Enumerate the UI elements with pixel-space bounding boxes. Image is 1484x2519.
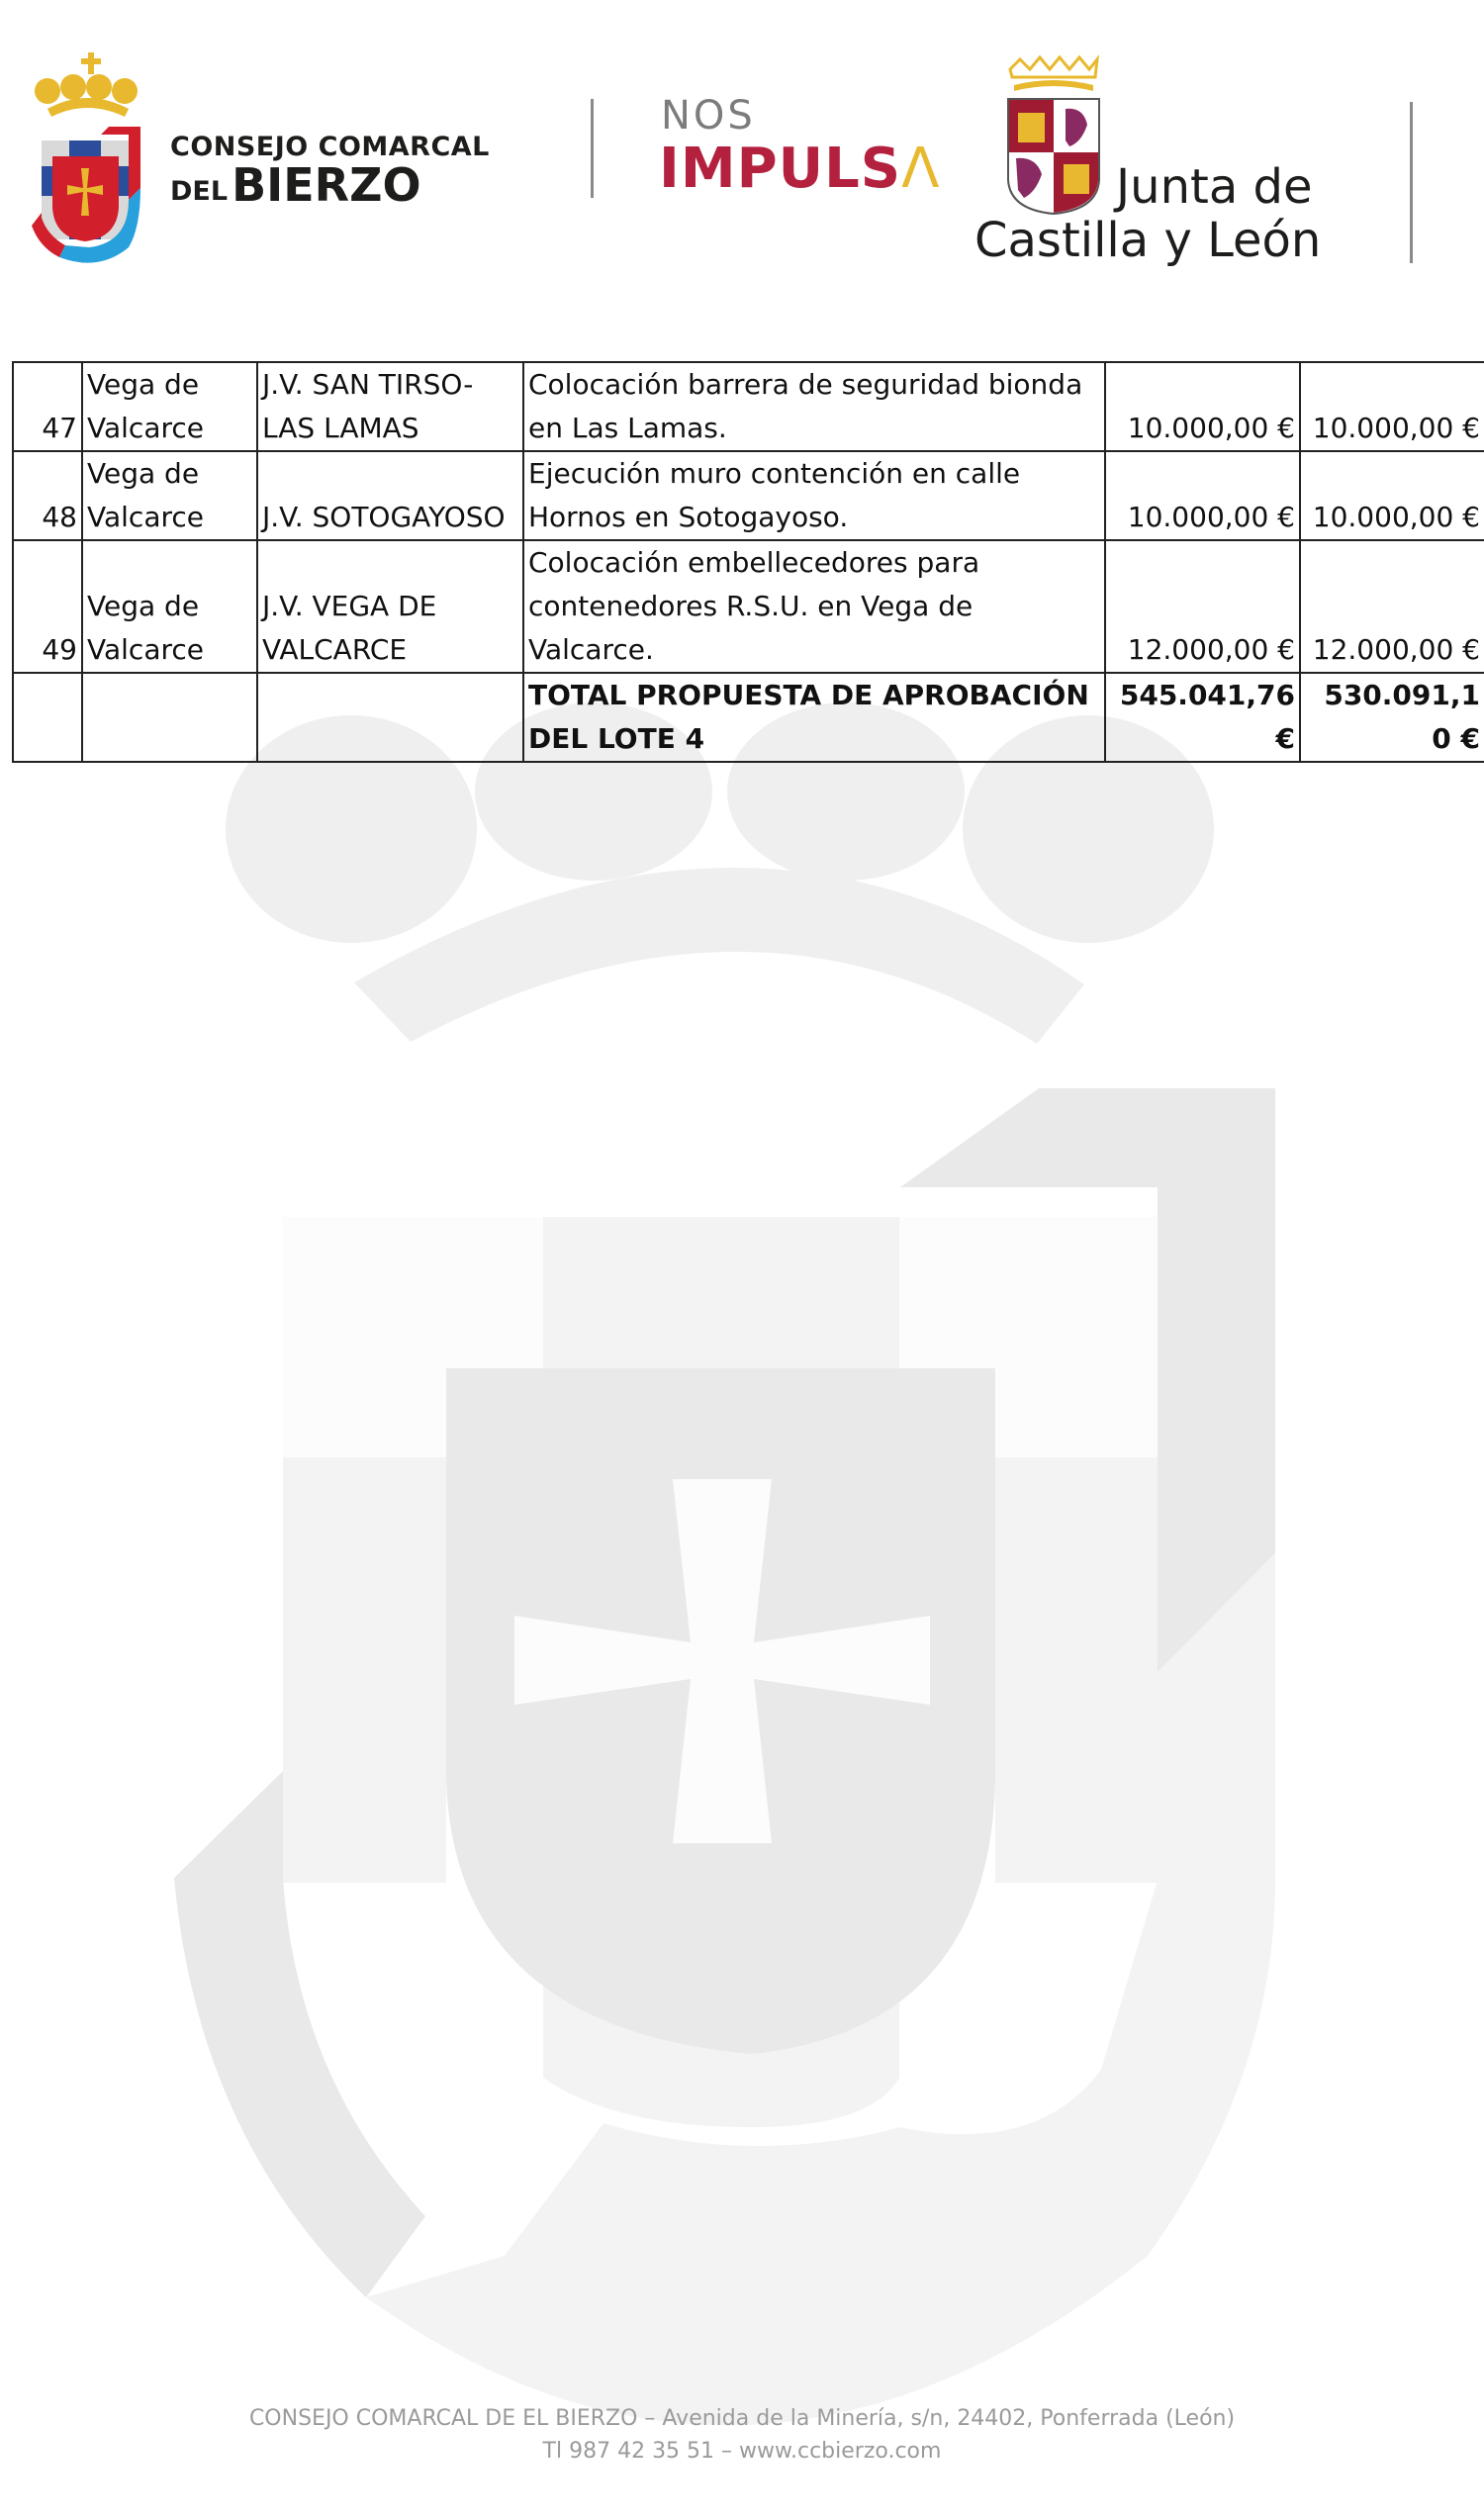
ccb-logo-del: DEL [170,178,228,208]
impulsa-accent: Λ [901,137,940,201]
importe-propuesto-cell: 10.000,00 € [1300,451,1484,540]
castilla-leon-crest-icon [1004,51,1103,220]
municipio-cell: Vega de Valcarce [82,362,257,451]
importe-solicitado-cell: 10.000,00 € [1105,362,1300,451]
empty-cell [82,673,257,762]
ccb-logo-line1: CONSEJO COMARCAL [170,134,490,160]
row-number: 48 [13,451,82,540]
empty-cell [13,673,82,762]
header-divider-right [1410,102,1413,263]
municipio-cell: Vega de Valcarce [82,451,257,540]
total-label: TOTAL PROPUESTA DE APROBACIÓN DEL LOTE 4 [523,673,1105,762]
entidad-cell: J.V. SAN TIRSO-LAS LAMAS [257,362,523,451]
jcyl-logo-line1: Junta de [1116,163,1313,211]
importe-propuesto-cell: 12.000,00 € [1300,540,1484,673]
ccb-logo-bierzo: BIERZO [232,162,420,208]
table-row: 47 Vega de Valcarce J.V. SAN TIRSO-LAS L… [13,362,1484,451]
page-header: CONSEJO COMARCAL DEL BIERZO NOS IMPULSΛ … [0,0,1484,336]
entidad-cell: J.V. SOTOGAYOSO [257,451,523,540]
table-row: 49 Vega de Valcarce J.V. VEGA DE VALCARC… [13,540,1484,673]
total-row: TOTAL PROPUESTA DE APROBACIÓN DEL LOTE 4… [13,673,1484,762]
descripcion-cell: Ejecución muro contención en calle Horno… [523,451,1105,540]
ccb-crest-icon [30,49,158,267]
descripcion-cell: Colocación barrera de seguridad bionda e… [523,362,1105,451]
importe-propuesto-cell: 10.000,00 € [1300,362,1484,451]
municipio-cell: Vega de Valcarce [82,540,257,673]
footer-address: CONSEJO COMARCAL DE EL BIERZO – Avenida … [0,2402,1484,2435]
row-number: 47 [13,362,82,451]
total-importe-propuesto: 530.091,10 € [1300,673,1484,762]
table-row: 48 Vega de Valcarce J.V. SOTOGAYOSO Ejec… [13,451,1484,540]
ccb-logo-text: CONSEJO COMARCAL DEL BIERZO [170,134,490,208]
empty-cell [257,673,523,762]
impulsa-text: IMPULS [659,137,901,201]
row-number: 49 [13,540,82,673]
importe-solicitado-cell: 12.000,00 € [1105,540,1300,673]
jcyl-logo-line2: Castilla y León [974,217,1321,264]
importe-solicitado-cell: 10.000,00 € [1105,451,1300,540]
header-divider [591,99,594,198]
nos-impulsa-line1: NOS [661,96,756,136]
footer-contact: Tl 987 42 35 51 – www.ccbierzo.com [0,2435,1484,2468]
lote-4-table: 47 Vega de Valcarce J.V. SAN TIRSO-LAS L… [12,361,1484,763]
nos-impulsa-line2: IMPULSΛ [659,141,940,197]
page-footer: CONSEJO COMARCAL DE EL BIERZO – Avenida … [0,2402,1484,2468]
total-importe-solicitado: 545.041,76 € [1105,673,1300,762]
descripcion-cell: Colocación embellecedores para contenedo… [523,540,1105,673]
entidad-cell: J.V. VEGA DE VALCARCE [257,540,523,673]
